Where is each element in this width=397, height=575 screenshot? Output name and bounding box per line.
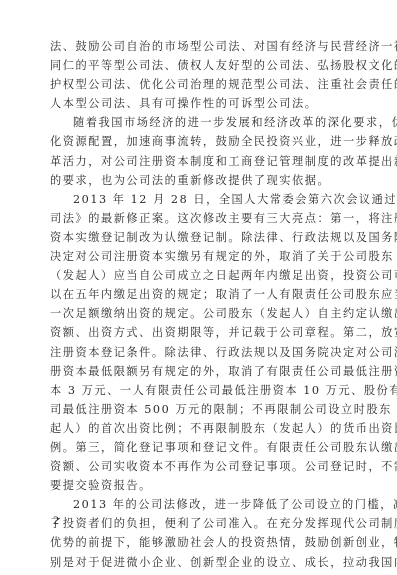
text-line: 同仁的平等型公司法、债权人友好型的公司法、弘扬股权文化的 [50, 56, 348, 75]
paragraph: 2013 年 12 月 28 日，全国人大常委会第六次会议通过了《公司法》的最新… [50, 190, 348, 496]
document-page: 法、鼓励公司自治的市场型公司法、对国有经济与民营经济一视同仁的平等型公司法、债权… [0, 0, 397, 575]
text-line: 了投资者们的负担，便利了公司准入。在充分发挥现代公司制度 [50, 514, 348, 533]
text-line: 要提交验资报告。 [50, 476, 348, 495]
body-text: 法、鼓励公司自治的市场型公司法、对国有经济与民营经济一视同仁的平等型公司法、债权… [50, 37, 348, 572]
text-line: 起人）的首次出资比例；不再限制股东（发起人）的货币出资比 [50, 419, 348, 438]
text-line: （发起人）应当自公司成立之日起两年内缴足出资，投资公司可 [50, 266, 348, 285]
text-line: 2013 年的公司法修改，进一步降低了公司设立的门槛，减轻 [50, 495, 348, 514]
text-line: 本 3 万元、一人有限责任公司最低注册资本 10 万元、股份有限公 [50, 381, 348, 400]
text-line: 化资源配置，加速商事流转，鼓励全民投资兴业，进一步释放改 [50, 132, 348, 151]
paragraph: 2013 年的公司法修改，进一步降低了公司设立的门槛，减轻了投资者们的负担，便利… [50, 495, 348, 571]
text-line: 法、鼓励公司自治的市场型公司法、对国有经济与民营经济一视 [50, 37, 348, 56]
text-line: 资本实缴登记制改为认缴登记制。除法律、行政法规以及国务院 [50, 228, 348, 247]
text-line: 一次足额缴纳出资的规定。公司股东（发起人）自主约定认缴出 [50, 304, 348, 323]
text-line: 随着我国市场经济的进一步发展和经济改革的深化要求，优 [50, 113, 348, 132]
text-line: 司法》的最新修正案。这次修改主要有三大亮点：第一，将注册 [50, 209, 348, 228]
text-line: 护权型公司法、优化公司治理的规范型公司法、注重社会责任的 [50, 75, 348, 94]
text-line: 革活力，对公司注册资本制度和工商登记管理制度的改革提出新 [50, 152, 348, 171]
text-line: 资额、出资方式、出资期限等，并记载于公司章程。第二，放宽 [50, 323, 348, 342]
page-number: 2 [53, 513, 59, 528]
text-line: 例。第三，简化登记事项和登记文件。有限责任公司股东认缴出 [50, 438, 348, 457]
text-line: 以在五年内缴足出资的规定；取消了一人有限责任公司股东应当 [50, 285, 348, 304]
text-line: 资额、公司实收资本不再作为公司登记事项。公司登记时，不需 [50, 457, 348, 476]
text-line: 注册资本登记条件。除法律、行政法规以及国务院决定对公司注 [50, 343, 348, 362]
text-line: 优势的前提下，能够激励社会人的投资热情，鼓励创新创业，特 [50, 533, 348, 552]
text-line: 决定对公司注册资本实缴另有规定的外，取消了关于公司股东 [50, 247, 348, 266]
text-line: 册资本最低限额另有规定的外，取消了有限责任公司最低注册资 [50, 362, 348, 381]
text-line: 别是对于促进微小企业、创新型企业的设立、成长，拉动我国内 [50, 553, 348, 572]
paragraph: 随着我国市场经济的进一步发展和经济改革的深化要求，优化资源配置，加速商事流转，鼓… [50, 113, 348, 189]
text-line: 2013 年 12 月 28 日，全国人大常委会第六次会议通过了《公 [50, 190, 348, 209]
text-line: 的要求，也为公司法的重新修改提供了现实依据。 [50, 171, 348, 190]
text-line: 司最低注册资本 500 万元的限制；不再限制公司设立时股东（发 [50, 400, 348, 419]
text-line: 人本型公司法、具有可操作性的可诉型公司法。 [50, 94, 348, 113]
paragraph: 法、鼓励公司自治的市场型公司法、对国有经济与民营经济一视同仁的平等型公司法、债权… [50, 37, 348, 113]
